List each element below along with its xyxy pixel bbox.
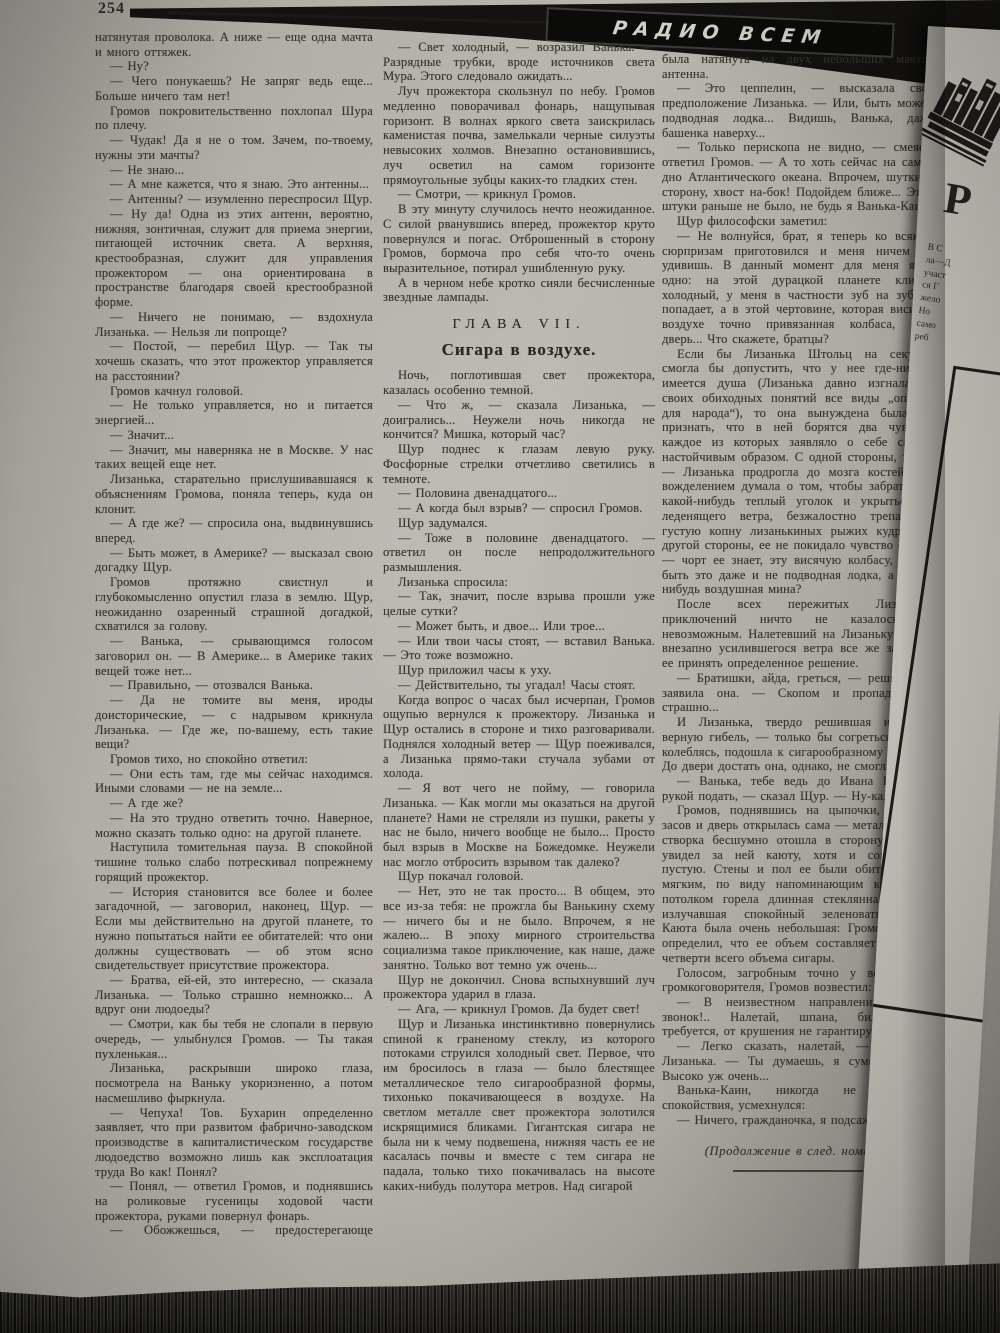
paragraph: Щур и Лизанька инстинктивно повернулись … <box>383 1017 655 1194</box>
paragraph: — Антенны? — изумленно переспросил Щур. <box>95 192 373 207</box>
paragraph: Луч прожектора скользнул по небу. Громов… <box>383 84 655 187</box>
paragraph: — Половина двенадцатого... <box>383 486 655 501</box>
paragraph: была натянута на двух небольших мачтах а… <box>662 52 934 81</box>
paragraph: В эту минуту случилось нечто неожиданное… <box>383 202 655 276</box>
paragraph: Когда вопрос о часах был исчерпан, Громо… <box>383 693 655 781</box>
paragraph: — Братва, ей-ей, это интересно, — сказал… <box>95 973 373 1017</box>
paragraph: Щур не докончил. Снова вспыхнувший луч п… <box>383 973 655 1002</box>
paragraph: — А когда был взрыв? — спросил Громов. <box>383 501 655 516</box>
paragraph: — Что ж, — сказала Лизанька, — доигралис… <box>383 398 655 442</box>
paragraph: — Смотри, как бы тебя не слопали в перву… <box>95 1017 373 1061</box>
paragraph: — История становится все более и более з… <box>95 885 373 973</box>
paragraph: А в черном небе кротко сияли бесчисленны… <box>383 276 655 305</box>
paragraph: — А где же? — спросила она, выдвинувшись… <box>95 516 373 545</box>
paragraph: — Ага, — крикнул Громов. Да будет свет! <box>383 1002 655 1017</box>
paragraph: — Ну? <box>95 59 373 74</box>
page-number: 254 <box>98 0 125 18</box>
paragraph: — Может быть, и двое... Или трое... <box>383 619 655 634</box>
paragraph: — Смотри, — крикнул Громов. <box>383 187 655 202</box>
paragraph: — Ничего не понимаю, — вздохнула Лизаньк… <box>95 310 373 339</box>
paragraph: — Они есть там, где мы сейчас находимся.… <box>95 767 373 796</box>
paragraph: — Значит... <box>95 428 373 443</box>
paragraph: — Действительно, ты угадал! Часы стоят. <box>383 678 655 693</box>
paragraph: — На это трудно ответить точно. Наверное… <box>95 811 373 840</box>
paragraph: Громов качнул головой. <box>95 384 373 399</box>
next-page-text-fragments: В Сла—Дучастся ГжелоНосамореб <box>914 241 953 346</box>
paragraph: Ночь, поглотившая свет прожектора, казал… <box>383 368 655 397</box>
paragraph: — Свет холодный, — возразил Ванька. — Ра… <box>383 40 655 84</box>
text-column-2: — Свет холодный, — возразил Ванька. — Ра… <box>383 40 655 1240</box>
paragraph: — А мне кажется, что я знаю. Это антенны… <box>95 177 373 192</box>
scanned-magazine-page: 254 РАДИО ВСЕМ натянутая проволока. А ни… <box>0 0 1000 1333</box>
paragraph: Лизанька, раскрывши широко глаза, посмот… <box>95 1061 373 1105</box>
chapter-number: ГЛАВА VII. <box>383 317 655 333</box>
paragraph: — Или твои часы стоят, — вставил Ванька.… <box>383 634 655 663</box>
paragraph: — Чепуха! Тов. Бухарин определенно заявл… <box>95 1106 373 1180</box>
paragraph: — Это цеппелин, — высказала свое предпол… <box>662 81 934 140</box>
paragraph: Щур поднес к глазам левую руку. Фосфорны… <box>383 442 655 486</box>
paragraph: Лизанька, старательно прислушивавшаяся к… <box>95 472 373 516</box>
paragraph: Щур покачал головой. <box>383 869 655 884</box>
paragraph: — Да не томите вы меня, ироды доисториче… <box>95 693 373 752</box>
paragraph: — Не только управляется, но и питается э… <box>95 398 373 427</box>
text-column-1: натянутая проволока. А ниже — еще одна м… <box>95 30 373 1240</box>
paragraph: — Чего понукаешь? Не запряг ведь еще... … <box>95 74 373 103</box>
next-page-fragment: реб <box>914 330 941 346</box>
paragraph: — Ванька, — срывающимся голосом заговори… <box>95 634 373 678</box>
paragraph: — Нет, это не так просто... В общем, это… <box>383 884 655 972</box>
paragraph: — Чудак! Да я не о том. Зачем, по-твоему… <box>95 133 373 162</box>
paragraph: — Так, значит, после взрыва прошли уже ц… <box>383 589 655 618</box>
paragraph: — Ну да! Одна из этих антенн, вероятно, … <box>95 207 373 310</box>
paragraph: Щур приложил часы к уху. <box>383 663 655 678</box>
paragraph: — Тоже в половине двенадцатого. — ответи… <box>383 531 655 575</box>
paragraph: — Только перископа не видно, — смеясь, о… <box>662 140 934 214</box>
paragraph: Наступила томительная пауза. В спокойной… <box>95 840 373 884</box>
books-stack-icon <box>914 49 1000 173</box>
paragraph: Щур философски заметил: <box>662 214 934 229</box>
paragraph: — Постой, — перебил Щур. — Так ты хочешь… <box>95 339 373 383</box>
paragraph: Громов покровительственно похлопал Шура … <box>95 104 373 133</box>
paragraph: — Правильно, — отозвался Ванька. <box>95 678 373 693</box>
paragraph: Громов протяжно свистнул и глубокомыслен… <box>95 575 373 634</box>
paragraph: — Обожжешься, — предостерегающе крикнул … <box>95 1223 373 1240</box>
paragraph: — Быть может, в Америке? — высказал свою… <box>95 546 373 575</box>
paragraph: — А где же? <box>95 796 373 811</box>
paragraph: — Не волнуйся, брат, я теперь ко всяким … <box>662 229 934 347</box>
paragraph: натянутая проволока. А ниже — еще одна м… <box>95 30 373 59</box>
paragraph: Лизанька спросила: <box>383 575 655 590</box>
paragraph: — Понял, — ответил Громов, и поднявшись … <box>95 1179 373 1223</box>
paragraph: — Не знаю... <box>95 163 373 178</box>
paragraph: — Я вот чего не пойму, — говорила Лизань… <box>383 781 655 869</box>
paragraph: Громов тихо, но спокойно ответил: <box>95 752 373 767</box>
chapter-title: Сигара в воздухе. <box>383 340 655 360</box>
paragraph: Щур задумался. <box>383 516 655 531</box>
paragraph: Если бы Лизанька Штольц на секунду смогл… <box>662 347 934 597</box>
paragraph: — Значит, мы наверняка не в Москве. У на… <box>95 443 373 472</box>
next-page-title-letter: Р <box>940 172 975 227</box>
end-rule <box>733 1170 863 1172</box>
